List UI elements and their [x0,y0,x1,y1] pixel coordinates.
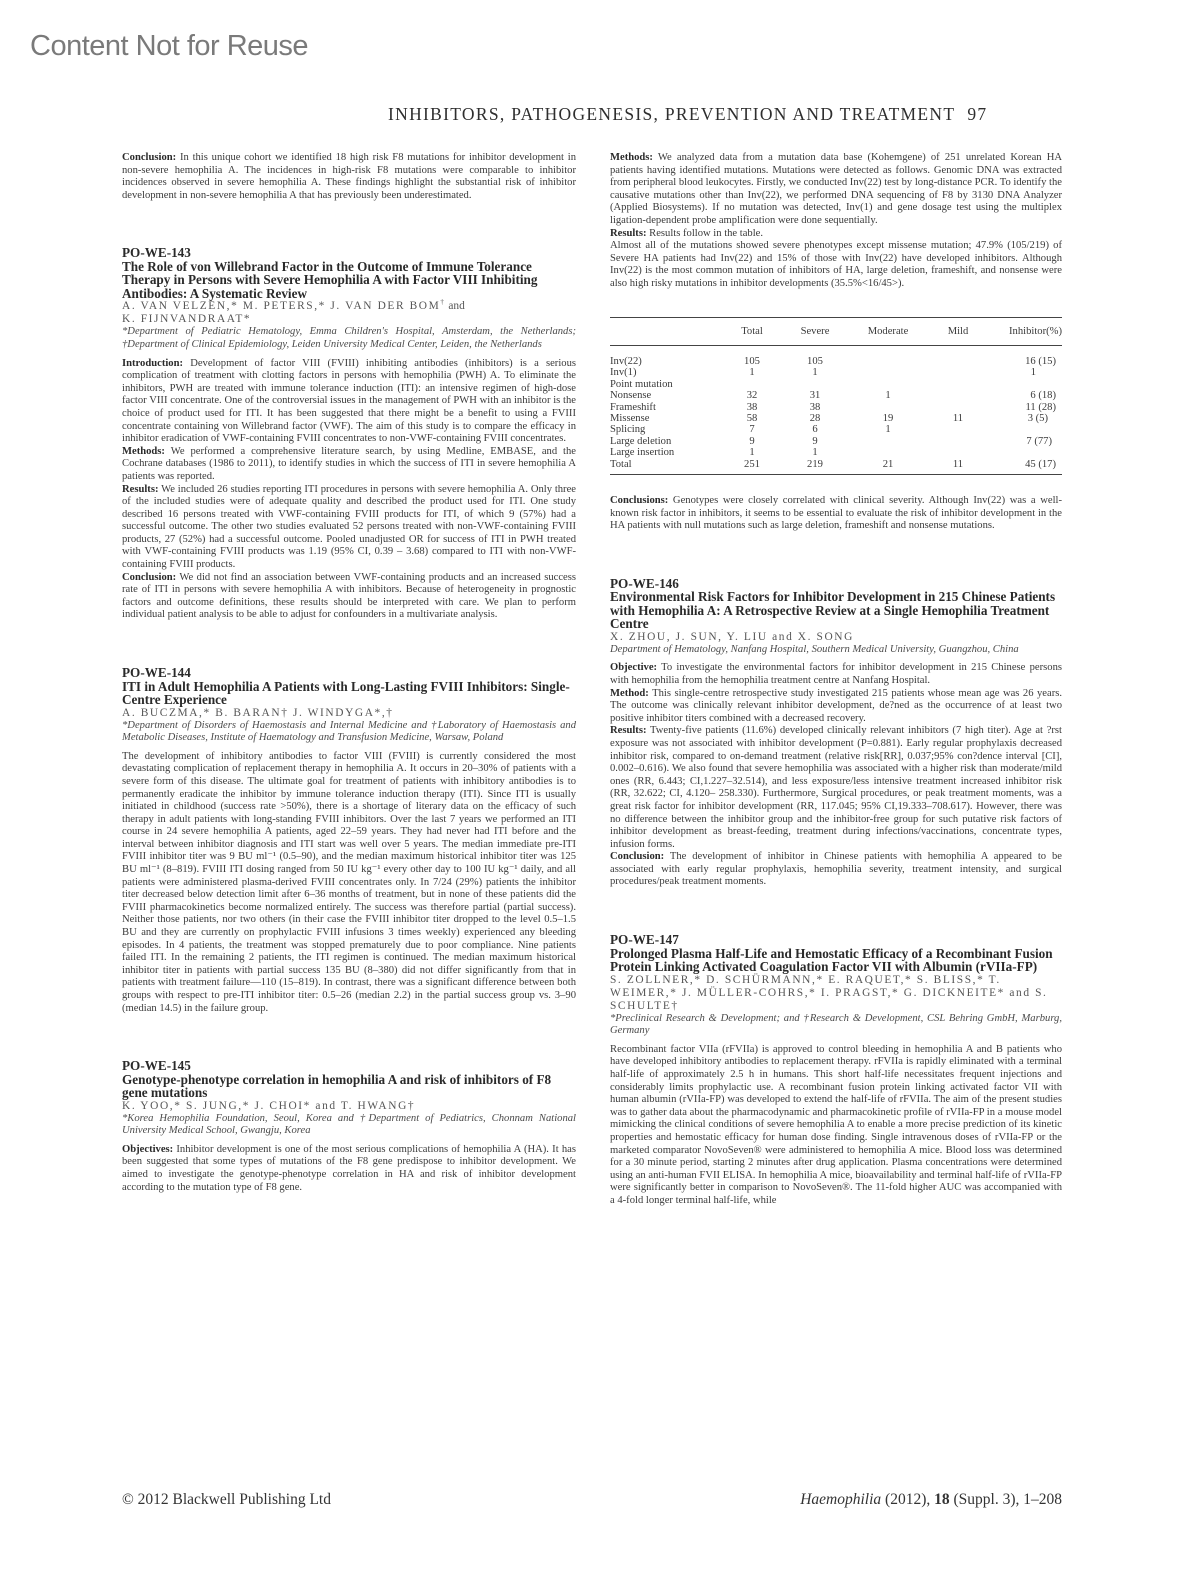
abstract-po-we-144: PO-WE-144 ITI in Adult Hemophilia A Pati… [122,666,576,1015]
abstract-code: PO-WE-143 [122,246,576,260]
journal-volume: 18 [934,1491,950,1508]
cell: Nonsense [610,390,722,401]
section-label: Methods: [610,152,653,163]
cell [928,367,988,378]
section-label: Conclusions: [610,495,668,506]
cell: 9 [782,436,848,447]
right-column: Methods: We analyzed data from a mutatio… [610,152,1062,1207]
results-detail-paragraph: Almost all of the mutations showed sever… [610,240,1062,290]
abstract-affiliation: *Department of Pediatric Hematology, Emm… [122,326,576,351]
cell: 16 (15) [988,345,1062,367]
abstract-title: ITI in Adult Hemophilia A Patients with … [122,680,576,707]
table-row: Missense582819113 (5) [610,413,1062,424]
table-row: Point mutation [610,379,1062,390]
cell [988,447,1062,458]
methods-paragraph: Methods: We analyzed data from a mutatio… [610,152,1062,228]
cell: 11 [928,459,988,475]
section-text: Development of factor VIII (FVIII) inhib… [122,358,576,445]
cell: Splicing [610,424,722,435]
introduction-paragraph: Introduction: Development of factor VIII… [122,358,576,446]
authors-line-1: A. VAN VELZEN,* M. PETERS,* J. VAN DER B… [122,300,440,312]
cell: Inv(1) [610,367,722,378]
cell: 6 [782,424,848,435]
cell: 1 [782,367,848,378]
section-label: Conclusion: [122,152,176,163]
cell [928,447,988,458]
section-text: Results follow in the table. [647,228,764,239]
cell: 251 [722,459,782,475]
methods-paragraph: Methods: We performed a comprehensive li… [122,446,576,484]
journal-name: Haemophilia [800,1491,881,1508]
cell: 21 [848,459,928,475]
cell: 1 [848,390,928,401]
cell [848,402,928,413]
cell: 105 [722,345,782,367]
running-header: INHIBITORS, PATHOGENESIS, PREVENTION AND… [388,104,987,125]
cell [988,424,1062,435]
cell: 38 [722,402,782,413]
table-row: Large insertion11 [610,447,1062,458]
objectives-paragraph: Objectives: Inhibitor development is one… [122,1144,576,1194]
cell: 31 [782,390,848,401]
table-row: Inv(22)10510516 (15) [610,345,1062,367]
footer-copyright: © 2012 Blackwell Publishing Ltd [122,1491,331,1509]
cell: 11 (28) [988,402,1062,413]
section-label: Conclusion: [610,851,664,862]
cell [848,379,928,390]
cell: Frameshift [610,402,722,413]
running-title: INHIBITORS, PATHOGENESIS, PREVENTION AND… [388,104,955,124]
results-paragraph: Results: Results follow in the table. [610,228,1062,241]
table-row: Large deletion997 (77) [610,436,1062,447]
cell [928,402,988,413]
section-label: Results: [122,484,159,495]
table-row: Nonsense323116 (18) [610,390,1062,401]
table-header-row: Total Severe Moderate Mild Inhibitor(%) [610,317,1062,345]
abstract-code: PO-WE-144 [122,666,576,680]
cell: 1 [782,447,848,458]
abstract-affiliation: *Preclinical Research & Development; and… [610,1013,1062,1038]
section-text: We included 26 studies reporting ITI pro… [122,484,576,571]
column-header-total: Total [722,317,782,345]
section-text: Twenty-five patients (11.6%) developed c… [610,725,1062,849]
abstract-body: The development of inhibitory antibodies… [122,751,576,1015]
footer-citation: Haemophilia (2012), 18 (Suppl. 3), 1–208 [800,1491,1062,1509]
column-header [610,317,722,345]
cell: 28 [782,413,848,424]
section-text: To investigate the environmental factors… [610,662,1062,686]
abstract-authors: X. ZHOU, J. SUN, Y. LIU and X. SONG [610,631,1062,644]
section-label: Results: [610,725,647,736]
page-number: 97 [967,104,987,124]
table-row-total: Total251219211145 (17) [610,459,1062,475]
cell: 219 [782,459,848,475]
conclusion-paragraph: Conclusion: The development of inhibitor… [610,851,1062,889]
cell [848,367,928,378]
cell: 1 [722,367,782,378]
cell: 7 (77) [988,436,1062,447]
cell [722,379,782,390]
cell: 1 [848,424,928,435]
mutation-table: Total Severe Moderate Mild Inhibitor(%) … [610,317,1062,475]
abstract-code: PO-WE-145 [122,1059,576,1073]
cell: 38 [782,402,848,413]
section-text: Inhibitor development is one of the most… [122,1144,576,1193]
section-label: Results: [610,228,647,239]
section-text: We analyzed data from a mutation data ba… [610,152,1062,226]
abstract-po-we-143: PO-WE-143 The Role of von Willebrand Fac… [122,246,576,622]
abstract-code: PO-WE-147 [610,933,1062,947]
cell: Total [610,459,722,475]
results-paragraph: Results: Twenty-five patients (11.6%) de… [610,725,1062,851]
abstract-continued: Conclusion: In this unique cohort we ide… [122,152,576,202]
cell [928,436,988,447]
cell: 105 [782,345,848,367]
cell: 58 [722,413,782,424]
section-text: The development of inhibitor in Chinese … [610,851,1062,887]
left-column: Conclusion: In this unique cohort we ide… [122,152,576,1194]
section-label: Methods: [122,446,165,457]
cell: Large insertion [610,447,722,458]
cell [988,379,1062,390]
cell: 9 [722,436,782,447]
cell [848,447,928,458]
cell [848,345,928,367]
section-label: Objective: [610,662,657,673]
method-paragraph: Method: This single-centre retrospective… [610,688,1062,726]
journal-year: (2012), [881,1491,934,1508]
abstract-authors: K. YOO,* S. JUNG,* J. CHOI* and T. HWANG… [122,1100,576,1113]
abstract-authors: S. ZOLLNER,* D. SCHÜRMANN,* E. RAQUET,* … [610,974,1062,1013]
cell [928,379,988,390]
abstract-affiliation: *Korea Hemophilia Foundation, Seoul, Kor… [122,1113,576,1138]
abstract-po-we-145: PO-WE-145 Genotype-phenotype correlation… [122,1059,576,1194]
cell [782,379,848,390]
section-text: Genotypes were closely correlated with c… [610,495,1062,531]
section-text: This single-centre retrospective study i… [610,688,1062,724]
cell: 45 (17) [988,459,1062,475]
cell: 1 [722,447,782,458]
cell: Large deletion [610,436,722,447]
watermark: Content Not for Reuse [30,30,308,63]
abstract-title: Environmental Risk Factors for Inhibitor… [610,590,1062,631]
abstract-po-we-146: PO-WE-146 Environmental Risk Factors for… [610,577,1062,889]
table-row: Inv(1)111 [610,367,1062,378]
abstract-po-we-145-continued: Methods: We analyzed data from a mutatio… [610,152,1062,533]
cell: 11 [928,413,988,424]
table-row: Frameshift383811 (28) [610,402,1062,413]
section-label: Introduction: [122,358,183,369]
cell [928,424,988,435]
cell: 19 [848,413,928,424]
column-header-mild: Mild [928,317,988,345]
section-text: We performed a comprehensive literature … [122,446,576,482]
abstract-affiliation: *Department of Disorders of Haemostasis … [122,720,576,745]
column-header-severe: Severe [782,317,848,345]
abstract-title: Prolonged Plasma Half-Life and Hemostati… [610,947,1062,974]
authors-and: and [445,300,464,312]
cell: Inv(22) [610,345,722,367]
abstract-title: The Role of von Willebrand Factor in the… [122,260,576,301]
section-text: In this unique cohort we identified 18 h… [122,152,576,201]
abstract-title: Genotype-phenotype correlation in hemoph… [122,1073,576,1100]
results-paragraph: Results: We included 26 studies reportin… [122,484,576,572]
cell: Point mutation [610,379,722,390]
column-header-moderate: Moderate [848,317,928,345]
abstract-code: PO-WE-146 [610,577,1062,591]
cell: Missense [610,413,722,424]
table-row: Splicing761 [610,424,1062,435]
objective-paragraph: Objective: To investigate the environmen… [610,662,1062,687]
cell [928,390,988,401]
conclusions-paragraph: Conclusions: Genotypes were closely corr… [610,495,1062,533]
section-label: Conclusion: [122,572,176,583]
cell: 1 [988,367,1062,378]
cell: 7 [722,424,782,435]
journal-supplement: (Suppl. 3), 1–208 [950,1491,1062,1508]
conclusion-paragraph: Conclusion: In this unique cohort we ide… [122,152,576,202]
column-header-inhibitor: Inhibitor(%) [988,317,1062,345]
cell: 6 (18) [988,390,1062,401]
cell [848,436,928,447]
abstract-authors: A. BUCZMA,* B. BARAN† J. WINDYGA*,† [122,707,576,720]
cell: 3 (5) [988,413,1062,424]
abstract-po-we-147: PO-WE-147 Prolonged Plasma Half-Life and… [610,933,1062,1207]
section-text: We did not find an association between V… [122,572,576,621]
abstract-affiliation: Department of Hematology, Nanfang Hospit… [610,644,1062,657]
abstract-body: Recombinant factor VIIa (rFVIIa) is appr… [610,1044,1062,1208]
authors-line-2: K. FIJNVANDRAAT* [122,313,251,325]
abstract-authors: A. VAN VELZEN,* M. PETERS,* J. VAN DER B… [122,300,576,326]
cell: 32 [722,390,782,401]
section-label: Method: [610,688,649,699]
section-label: Objectives: [122,1144,173,1155]
cell [928,345,988,367]
conclusion-paragraph: Conclusion: We did not find an associati… [122,572,576,622]
